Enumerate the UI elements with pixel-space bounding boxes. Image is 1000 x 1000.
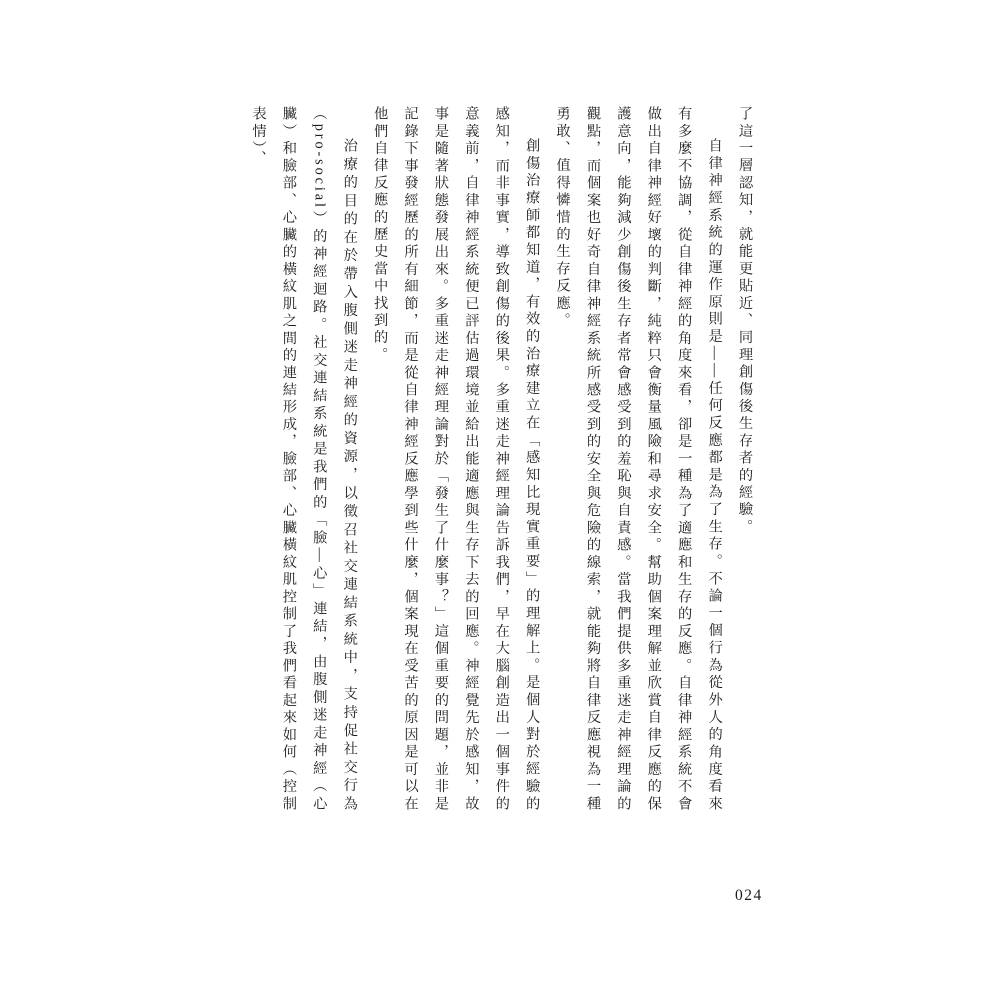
body-text: 了這一層認知，就能更貼近、同理創傷後生存者的經驗。 自律神經系統的運作原則是——…: [243, 106, 760, 813]
paragraph-2: 自律神經系統的運作原則是——任何反應都是為了生存。不論一個行為從外人的角度看來有…: [547, 106, 729, 813]
paragraph-1: 了這一層認知，就能更貼近、同理創傷後生存者的經驗。: [730, 106, 760, 813]
book-page: 了這一層認知，就能更貼近、同理創傷後生存者的經驗。 自律神經系統的運作原則是——…: [0, 0, 1000, 1000]
paragraph-4: 治療的目的在於帶入腹側迷走神經的資源，以徵召社交連結系統中，支持促社交行為（pr…: [243, 106, 365, 813]
paragraph-3: 創傷治療師都知道，有效的治療建立在「感知比現實重要」的理解上。是個人對於經驗的感…: [365, 106, 547, 813]
page-number: 024: [735, 887, 763, 905]
